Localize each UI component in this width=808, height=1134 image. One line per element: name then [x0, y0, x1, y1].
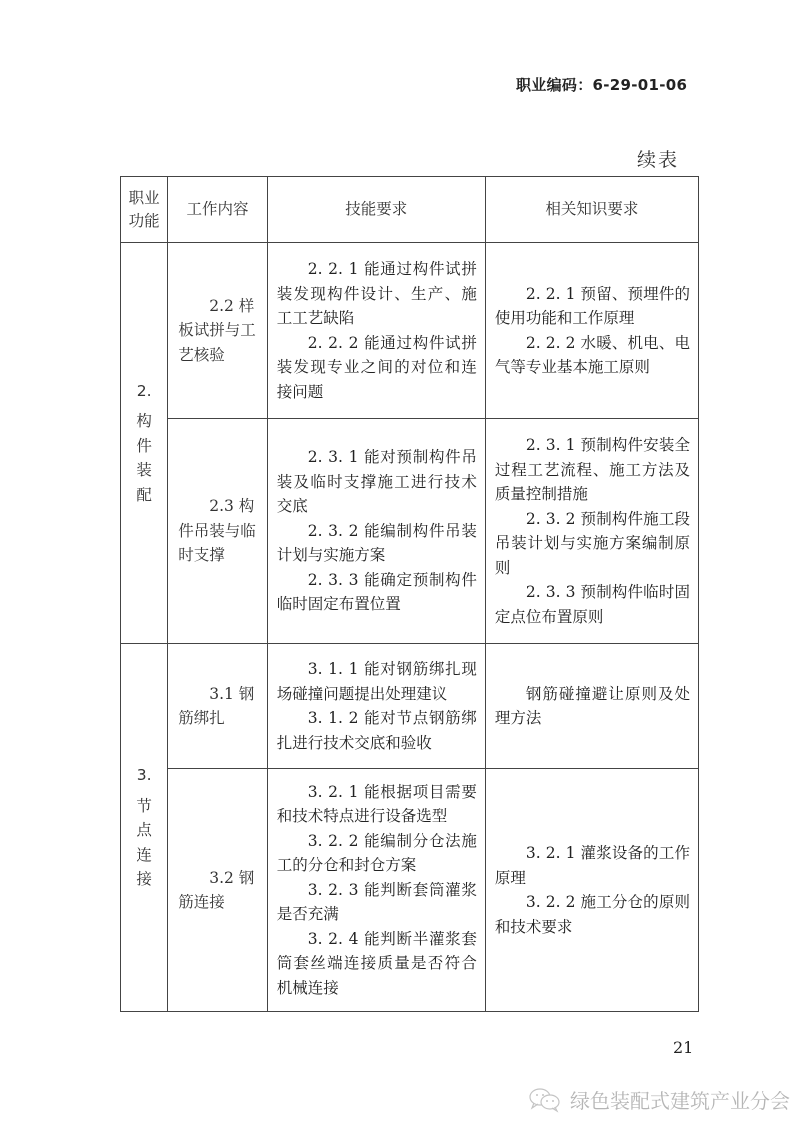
work-content-text: 2.3 构件吊装与临时支撑 — [178, 494, 261, 568]
knowledge-cell: 2. 3. 1 预制构件安装全过程工艺流程、施工方法及质量控制措施 2. 3. … — [485, 419, 698, 644]
work-content-text: 3.2 钢筋连接 — [178, 866, 261, 915]
skill-item: 2. 3. 1 能对预制构件吊装及临时支撑施工进行技术交底 — [277, 445, 477, 519]
function-char: 接 — [121, 867, 167, 892]
knowledge-item: 2. 3. 1 预制构件安装全过程工艺流程、施工方法及质量控制措施 — [495, 433, 690, 507]
skills-table: 职业 功能 工作内容 技能要求 相关知识要求 2. 构 件 装 配 2.2 样板… — [120, 176, 699, 1012]
work-content-cell: 3.2 钢筋连接 — [168, 769, 268, 1012]
knowledge-item: 钢筋碰撞避让原则及处理方法 — [495, 682, 690, 731]
page-number: 21 — [673, 1038, 693, 1057]
skill-item: 3. 1. 1 能对钢筋绑扎现场碰撞问题提出处理建议 — [277, 657, 477, 706]
function-char: 配 — [121, 483, 167, 508]
wechat-icon — [528, 1087, 562, 1113]
table-row: 3.2 钢筋连接 3. 2. 1 能根据项目需要和技术特点进行设备选型 3. 2… — [121, 769, 699, 1012]
watermark: 绿色装配式建筑产业分会 — [528, 1085, 790, 1114]
table-header-row: 职业 功能 工作内容 技能要求 相关知识要求 — [121, 177, 699, 243]
knowledge-item: 2. 2. 2 水暖、机电、电气等专业基本施工原则 — [495, 331, 690, 380]
header-func-line1: 职业 — [121, 187, 167, 210]
work-content-cell: 2.2 样板试拼与工艺核验 — [168, 243, 268, 419]
work-content-text: 3.1 钢筋绑扎 — [178, 682, 261, 731]
table-row: 3. 节 点 连 接 3.1 钢筋绑扎 3. 1. 1 能对钢筋绑扎现场碰撞问题… — [121, 644, 699, 769]
skill-item: 2. 3. 3 能确定预制构件临时固定布置位置 — [277, 568, 477, 617]
function-char: 件 — [121, 434, 167, 459]
knowledge-cell: 3. 2. 1 灌浆设备的工作原理 3. 2. 2 施工分仓的原则和技术要求 — [485, 769, 698, 1012]
function-char: 构 — [121, 409, 167, 434]
knowledge-cell: 钢筋碰撞避让原则及处理方法 — [485, 644, 698, 769]
occupation-code: 职业编码：6-29-01-06 — [516, 74, 687, 95]
skill-item: 2. 2. 1 能通过构件试拼装发现构件设计、生产、施工工艺缺陷 — [277, 257, 477, 331]
knowledge-cell: 2. 2. 1 预留、预埋件的使用功能和工作原理 2. 2. 2 水暖、机电、电… — [485, 243, 698, 419]
function-cell-joint-connection: 3. 节 点 连 接 — [121, 644, 168, 1012]
skill-cell: 2. 3. 1 能对预制构件吊装及临时支撑施工进行技术交底 2. 3. 2 能编… — [267, 419, 485, 644]
function-number: 3. — [121, 763, 167, 788]
table-row: 2.3 构件吊装与临时支撑 2. 3. 1 能对预制构件吊装及临时支撑施工进行技… — [121, 419, 699, 644]
skill-item: 3. 2. 2 能编制分仓法施工的分仓和封仓方案 — [277, 829, 477, 878]
function-cell-component-assembly: 2. 构 件 装 配 — [121, 243, 168, 644]
knowledge-item: 3. 2. 1 灌浆设备的工作原理 — [495, 841, 690, 890]
knowledge-item: 3. 2. 2 施工分仓的原则和技术要求 — [495, 890, 690, 939]
skill-item: 3. 2. 4 能判断半灌浆套筒套丝端连接质量是否符合机械连接 — [277, 927, 477, 1001]
function-char: 点 — [121, 818, 167, 843]
watermark-text: 绿色装配式建筑产业分会 — [570, 1085, 790, 1114]
header-func-line2: 功能 — [121, 210, 167, 233]
skill-item: 3. 2. 3 能判断套筒灌浆是否充满 — [277, 878, 477, 927]
function-number: 2. — [121, 379, 167, 404]
skill-cell: 2. 2. 1 能通过构件试拼装发现构件设计、生产、施工工艺缺陷 2. 2. 2… — [267, 243, 485, 419]
table-row: 2. 构 件 装 配 2.2 样板试拼与工艺核验 2. 2. 1 能通过构件试拼… — [121, 243, 699, 419]
work-content-cell: 2.3 构件吊装与临时支撑 — [168, 419, 268, 644]
knowledge-item: 2. 3. 3 预制构件临时固定点位布置原则 — [495, 580, 690, 629]
skill-item: 2. 2. 2 能通过构件试拼装发现专业之间的对位和连接问题 — [277, 331, 477, 405]
function-char: 装 — [121, 458, 167, 483]
header-work-content: 工作内容 — [168, 177, 268, 243]
skill-cell: 3. 1. 1 能对钢筋绑扎现场碰撞问题提出处理建议 3. 1. 2 能对节点钢… — [267, 644, 485, 769]
skill-item: 3. 1. 2 能对节点钢筋绑扎进行技术交底和验收 — [277, 706, 477, 755]
function-char: 连 — [121, 843, 167, 868]
header-skill-requirements: 技能要求 — [267, 177, 485, 243]
knowledge-item: 2. 3. 2 预制构件施工段吊装计划与实施方案编制原则 — [495, 507, 690, 581]
work-content-cell: 3.1 钢筋绑扎 — [168, 644, 268, 769]
function-char: 节 — [121, 794, 167, 819]
header-occupation-function: 职业 功能 — [121, 177, 168, 243]
skill-item: 2. 3. 2 能编制构件吊装计划与实施方案 — [277, 519, 477, 568]
work-content-text: 2.2 样板试拼与工艺核验 — [178, 294, 261, 368]
skill-cell: 3. 2. 1 能根据项目需要和技术特点进行设备选型 3. 2. 2 能编制分仓… — [267, 769, 485, 1012]
header-knowledge-requirements: 相关知识要求 — [485, 177, 698, 243]
knowledge-item: 2. 2. 1 预留、预埋件的使用功能和工作原理 — [495, 282, 690, 331]
continued-table-label: 续表 — [637, 145, 679, 172]
skill-item: 3. 2. 1 能根据项目需要和技术特点进行设备选型 — [277, 780, 477, 829]
